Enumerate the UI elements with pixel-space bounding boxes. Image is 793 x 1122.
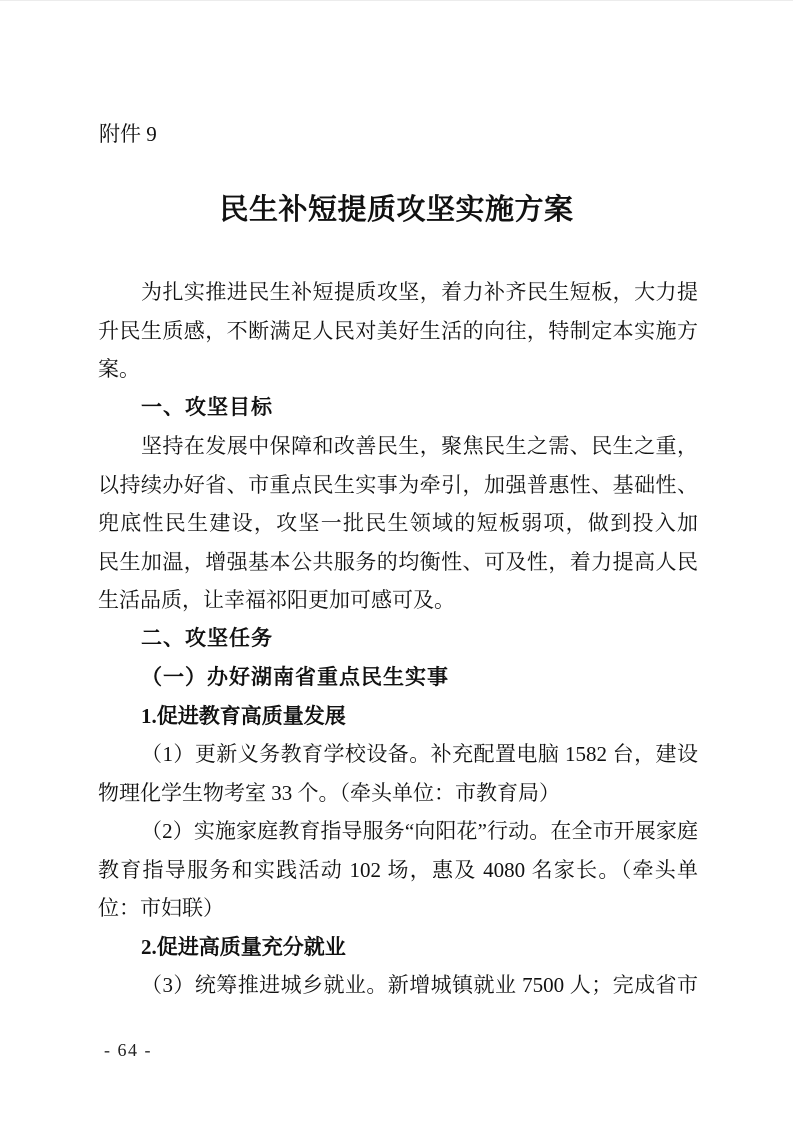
section-1-line: 生活品质，让幸福祁阳更加可感可及。 [98,581,698,620]
attachment-label: 附件 9 [99,121,157,147]
intro-line: 为扎实推进民生补短提质攻坚，着力补齐民生短板，大力提 [98,273,698,312]
document-page: 附件 9 民生补短提质攻坚实施方案 为扎实推进民生补短提质攻坚，着力补齐民生短板… [0,0,793,1122]
task-1-heading: 1.促进教育高质量发展 [98,697,698,736]
task-2-heading: 2.促进高质量充分就业 [98,928,698,967]
section-1-line: 民生加温，增强基本公共服务的均衡性、可及性，着力提高人民 [98,543,698,582]
section-1-line: 坚持在发展中保障和改善民生，聚焦民生之需、民生之重， [98,427,698,466]
page-number: - 64 - [104,1040,152,1060]
item-1-line: （1）更新义务教育学校设备。补充配置电脑 1582 台，建设 [98,735,698,774]
section-1-line: 以持续办好省、市重点民生实事为牵引，加强普惠性、基础性、 [98,466,698,505]
item-2-line: 位：市妇联） [98,889,698,928]
section-2-heading: 二、攻坚任务 [98,620,698,659]
intro-line: 案。 [98,350,698,389]
item-2-line: （2）实施家庭教育指导服务“向阳花”行动。在全市开展家庭 [98,812,698,851]
item-1-line: 物理化学生物考室 33 个。（牵头单位：市教育局） [98,774,698,813]
section-1-heading: 一、攻坚目标 [98,389,698,428]
subsection-1-heading: （一）办好湖南省重点民生实事 [98,658,698,697]
document-title: 民生补短提质攻坚实施方案 [0,190,793,230]
document-body: 为扎实推进民生补短提质攻坚，着力补齐民生短板，大力提 升民生质感，不断满足人民对… [98,273,698,1005]
section-1-line: 兜底性民生建设，攻坚一批民生领域的短板弱项，做到投入加力、 [98,504,698,543]
intro-line: 升民生质感，不断满足人民对美好生活的向往，特制定本实施方 [98,312,698,351]
item-2-line: 教育指导服务和实践活动 102 场，惠及 4080 名家长。（牵头单 [98,851,698,890]
item-3-line: （3）统筹推进城乡就业。新增城镇就业 7500 人；完成省市 [98,966,698,1005]
